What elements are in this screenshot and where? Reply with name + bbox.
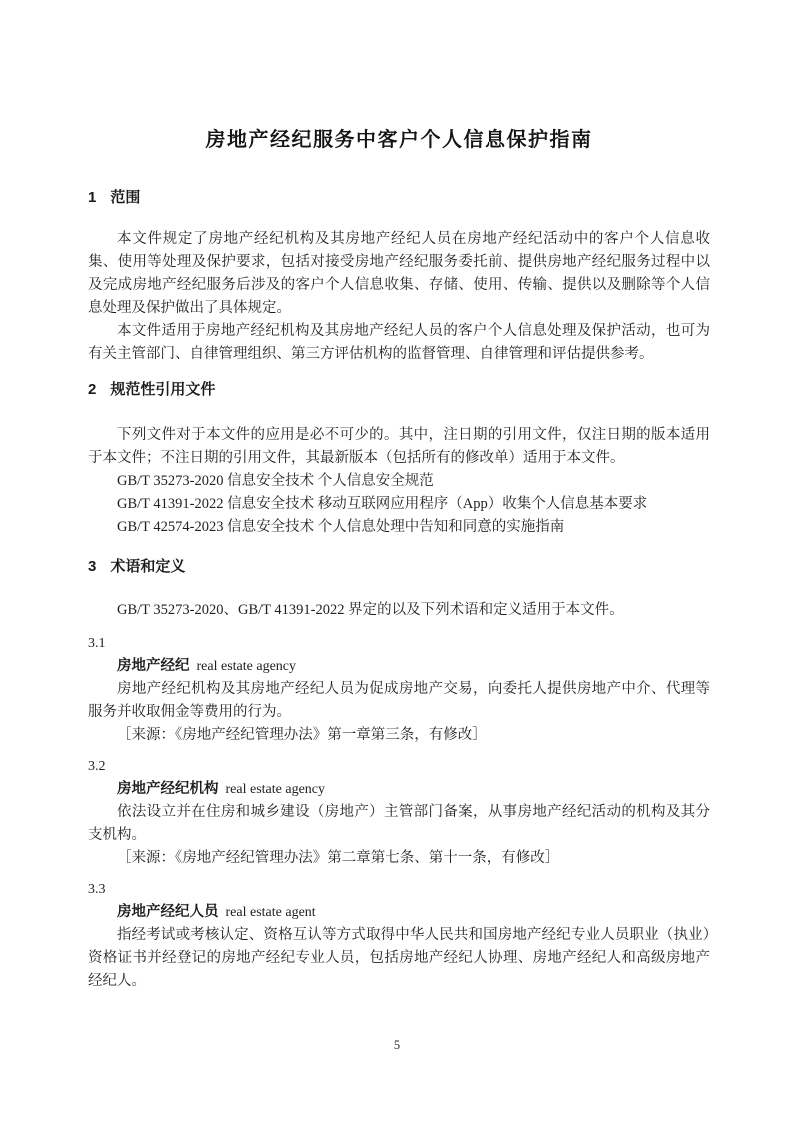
term-3-name-zh: 房地产经纪人员 (117, 904, 219, 920)
term-2-name-zh: 房地产经纪机构 (117, 781, 219, 797)
reference-item-3: GB/T 42574-2023 信息安全技术 个人信息处理中告知和同意的实施指南 (88, 516, 710, 539)
term-1-source: ［来源：《房地产经纪管理办法》第一章第三条，有修改］ (88, 724, 710, 747)
term-1-id: 3.1 (88, 632, 710, 655)
term-1-name-zh: 房地产经纪 (117, 658, 190, 674)
term-2-name-en: real estate agency (226, 782, 326, 797)
section-references-title: 规范性引用文件 (110, 381, 215, 398)
reference-item-1: GB/T 35273-2020 信息安全技术 个人信息安全规范 (88, 470, 710, 493)
term-2-id: 3.2 (88, 755, 710, 778)
document-page: 房地产经纪服务中客户个人信息保护指南 1范围 本文件规定了房地产经纪机构及其房地… (0, 0, 794, 1123)
references-intro: 下列文件对于本文件的应用是必不可少的。其中，注日期的引用文件，仅注日期的版本适用… (88, 424, 710, 470)
scope-paragraph-2: 本文件适用于房地产经纪机构及其房地产经纪人员的客户个人信息处理及保护活动，也可为… (88, 320, 710, 366)
term-1-definition: 房地产经纪机构及其房地产经纪人员为促成房地产交易，向委托人提供房地产中介、代理等… (88, 678, 710, 724)
scope-paragraph-1: 本文件规定了房地产经纪机构及其房地产经纪人员在房地产经纪活动中的客户个人信息收集… (88, 228, 710, 320)
document-title: 房地产经纪服务中客户个人信息保护指南 (88, 0, 710, 154)
term-3-definition: 指经考试或考核认定、资格互认等方式取得中华人民共和国房地产经纪专业人员职业（执业… (88, 924, 710, 993)
document-content: 房地产经纪服务中客户个人信息保护指南 1范围 本文件规定了房地产经纪机构及其房地… (0, 0, 794, 993)
section-terms-title: 术语和定义 (110, 558, 185, 575)
term-1-name: 房地产经纪real estate agency (88, 655, 710, 678)
section-references-heading: 2规范性引用文件 (88, 380, 710, 400)
term-3-name: 房地产经纪人员real estate agent (88, 901, 710, 924)
section-scope-heading: 1范围 (88, 188, 710, 208)
reference-item-2: GB/T 41391-2022 信息安全技术 移动互联网应用程序（App）收集个… (88, 493, 710, 516)
term-2-source: ［来源：《房地产经纪管理办法》第二章第七条、第十一条，有修改］ (88, 847, 710, 870)
section-terms-heading: 3术语和定义 (88, 557, 710, 577)
terms-intro: GB/T 35273-2020、GB/T 41391-2022 界定的以及下列术… (88, 599, 710, 622)
term-3-name-en: real estate agent (226, 905, 316, 920)
term-3-id: 3.3 (88, 878, 710, 901)
page-number: 5 (0, 1038, 794, 1053)
section-references-number: 2 (88, 380, 96, 400)
term-2-name: 房地产经纪机构real estate agency (88, 778, 710, 801)
term-2-definition: 依法设立并在住房和城乡建设（房地产）主管部门备案，从事房地产经纪活动的机构及其分… (88, 801, 710, 847)
term-1-name-en: real estate agency (197, 659, 297, 674)
section-scope-title: 范围 (110, 189, 140, 206)
section-scope-number: 1 (88, 188, 96, 208)
section-terms-number: 3 (88, 557, 96, 577)
